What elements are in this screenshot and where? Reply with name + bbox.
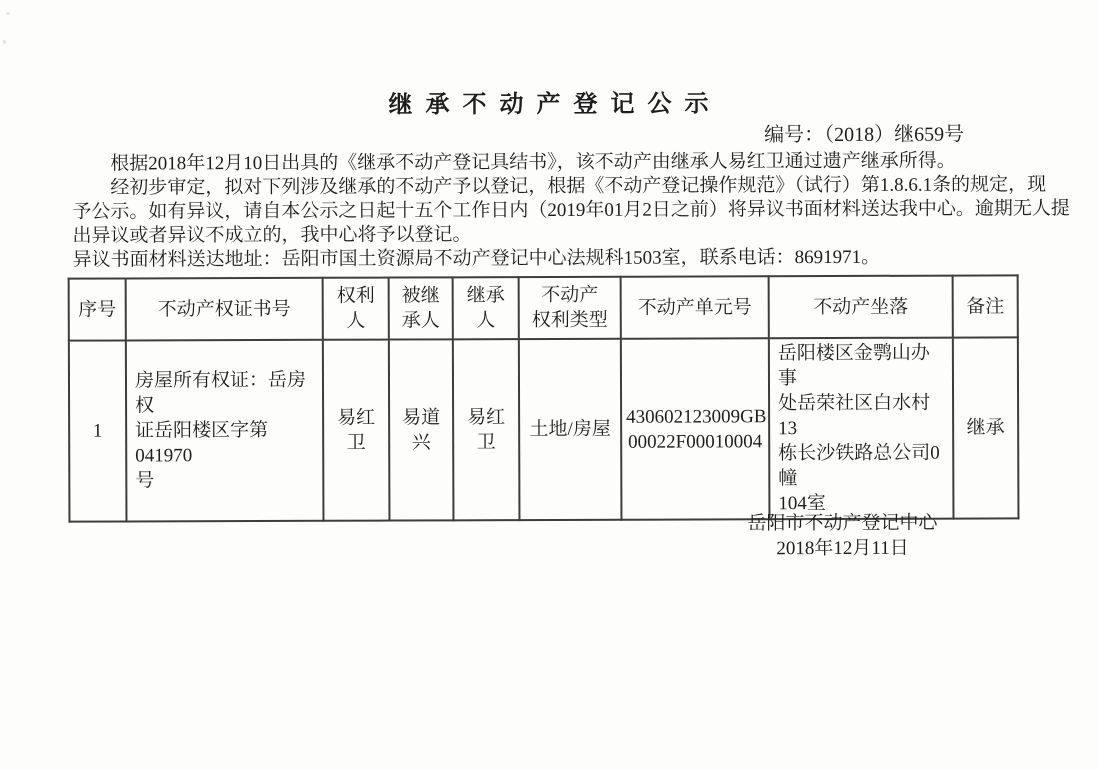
- table-header-row: 序号 不动产权证书号 权利人 被继 承人 继承人 不动产 权利类型 不动产单元号…: [69, 275, 1018, 340]
- scanned-notice-page: 继承不动产登记公示 编号：（2018）继659号 根据2018年12月10日出具…: [0, 0, 1099, 770]
- cell-location: 岳阳楼区金鹗山办事 处岳荣社区白水村13 栋长沙铁路总公司0幢 104室: [769, 338, 954, 520]
- page-title: 继承不动产登记公示: [0, 82, 1098, 121]
- col-header-seq: 序号: [69, 278, 126, 340]
- issuing-organization: 岳阳市不动产登记中心: [649, 510, 1035, 536]
- col-header-unit-no: 不动产单元号: [621, 276, 769, 339]
- notice-body: 根据2018年12月10日出具的《继承不动产登记具结书》，该不动产由继承人易红卫…: [72, 149, 1062, 272]
- body-line-5: 异议书面材料送达地址：岳阳市国土资源局不动产登记中心法规科1503室，联系电话：…: [73, 245, 1063, 272]
- cell-right-holder: 易红卫: [323, 340, 390, 521]
- cell-unit-no: 430602123009GB 00022F00010004: [621, 338, 770, 520]
- col-header-heir: 继承人: [453, 277, 519, 339]
- col-header-certificate-no: 不动产权证书号: [126, 278, 323, 341]
- registration-table: 序号 不动产权证书号 权利人 被继 承人 继承人 不动产 权利类型 不动产单元号…: [68, 274, 1020, 522]
- issue-date: 2018年12月11日: [650, 535, 1036, 561]
- cell-decedent: 易道兴: [389, 339, 454, 520]
- col-header-decedent: 被继 承人: [389, 277, 453, 339]
- cell-seq: 1: [69, 340, 127, 521]
- body-line-3: 予公示。如有异议，请自本公示之日起十五个工作日内（2019年01月2日之前）将异…: [72, 197, 1062, 224]
- cell-certificate-no: 房屋所有权证：岳房权 证岳阳楼区字第041970 号: [126, 340, 324, 522]
- cell-right-type: 土地/房屋: [519, 339, 622, 520]
- document-content: 继承不动产登记公示 编号：（2018）继659号 根据2018年12月10日出具…: [0, 0, 1099, 770]
- col-header-right-type: 不动产 权利类型: [519, 277, 621, 339]
- col-header-location: 不动产坐落: [769, 276, 953, 339]
- table-row: 1 房屋所有权证：岳房权 证岳阳楼区字第041970 号 易红卫 易道兴 易红卫…: [69, 337, 1019, 521]
- signature-block: 岳阳市不动产登记中心 2018年12月11日: [649, 510, 1035, 561]
- col-header-remark: 备注: [953, 275, 1018, 337]
- cell-heir: 易红卫: [453, 339, 520, 520]
- body-line-2: 经初步审定，拟对下列涉及继承的不动产予以登记，根据《不动产登记操作规范》（试行）…: [72, 173, 1062, 200]
- cell-remark: 继承: [953, 337, 1019, 518]
- doc-number: 编号：（2018）继659号: [764, 118, 964, 148]
- col-header-right-holder: 权利人: [323, 278, 389, 340]
- body-line-1: 根据2018年12月10日出具的《继承不动产登记具结书》，该不动产由继承人易红卫…: [72, 149, 1062, 176]
- body-line-4: 出异议或者异议不成立的，我中心将予以登记。: [72, 221, 1062, 248]
